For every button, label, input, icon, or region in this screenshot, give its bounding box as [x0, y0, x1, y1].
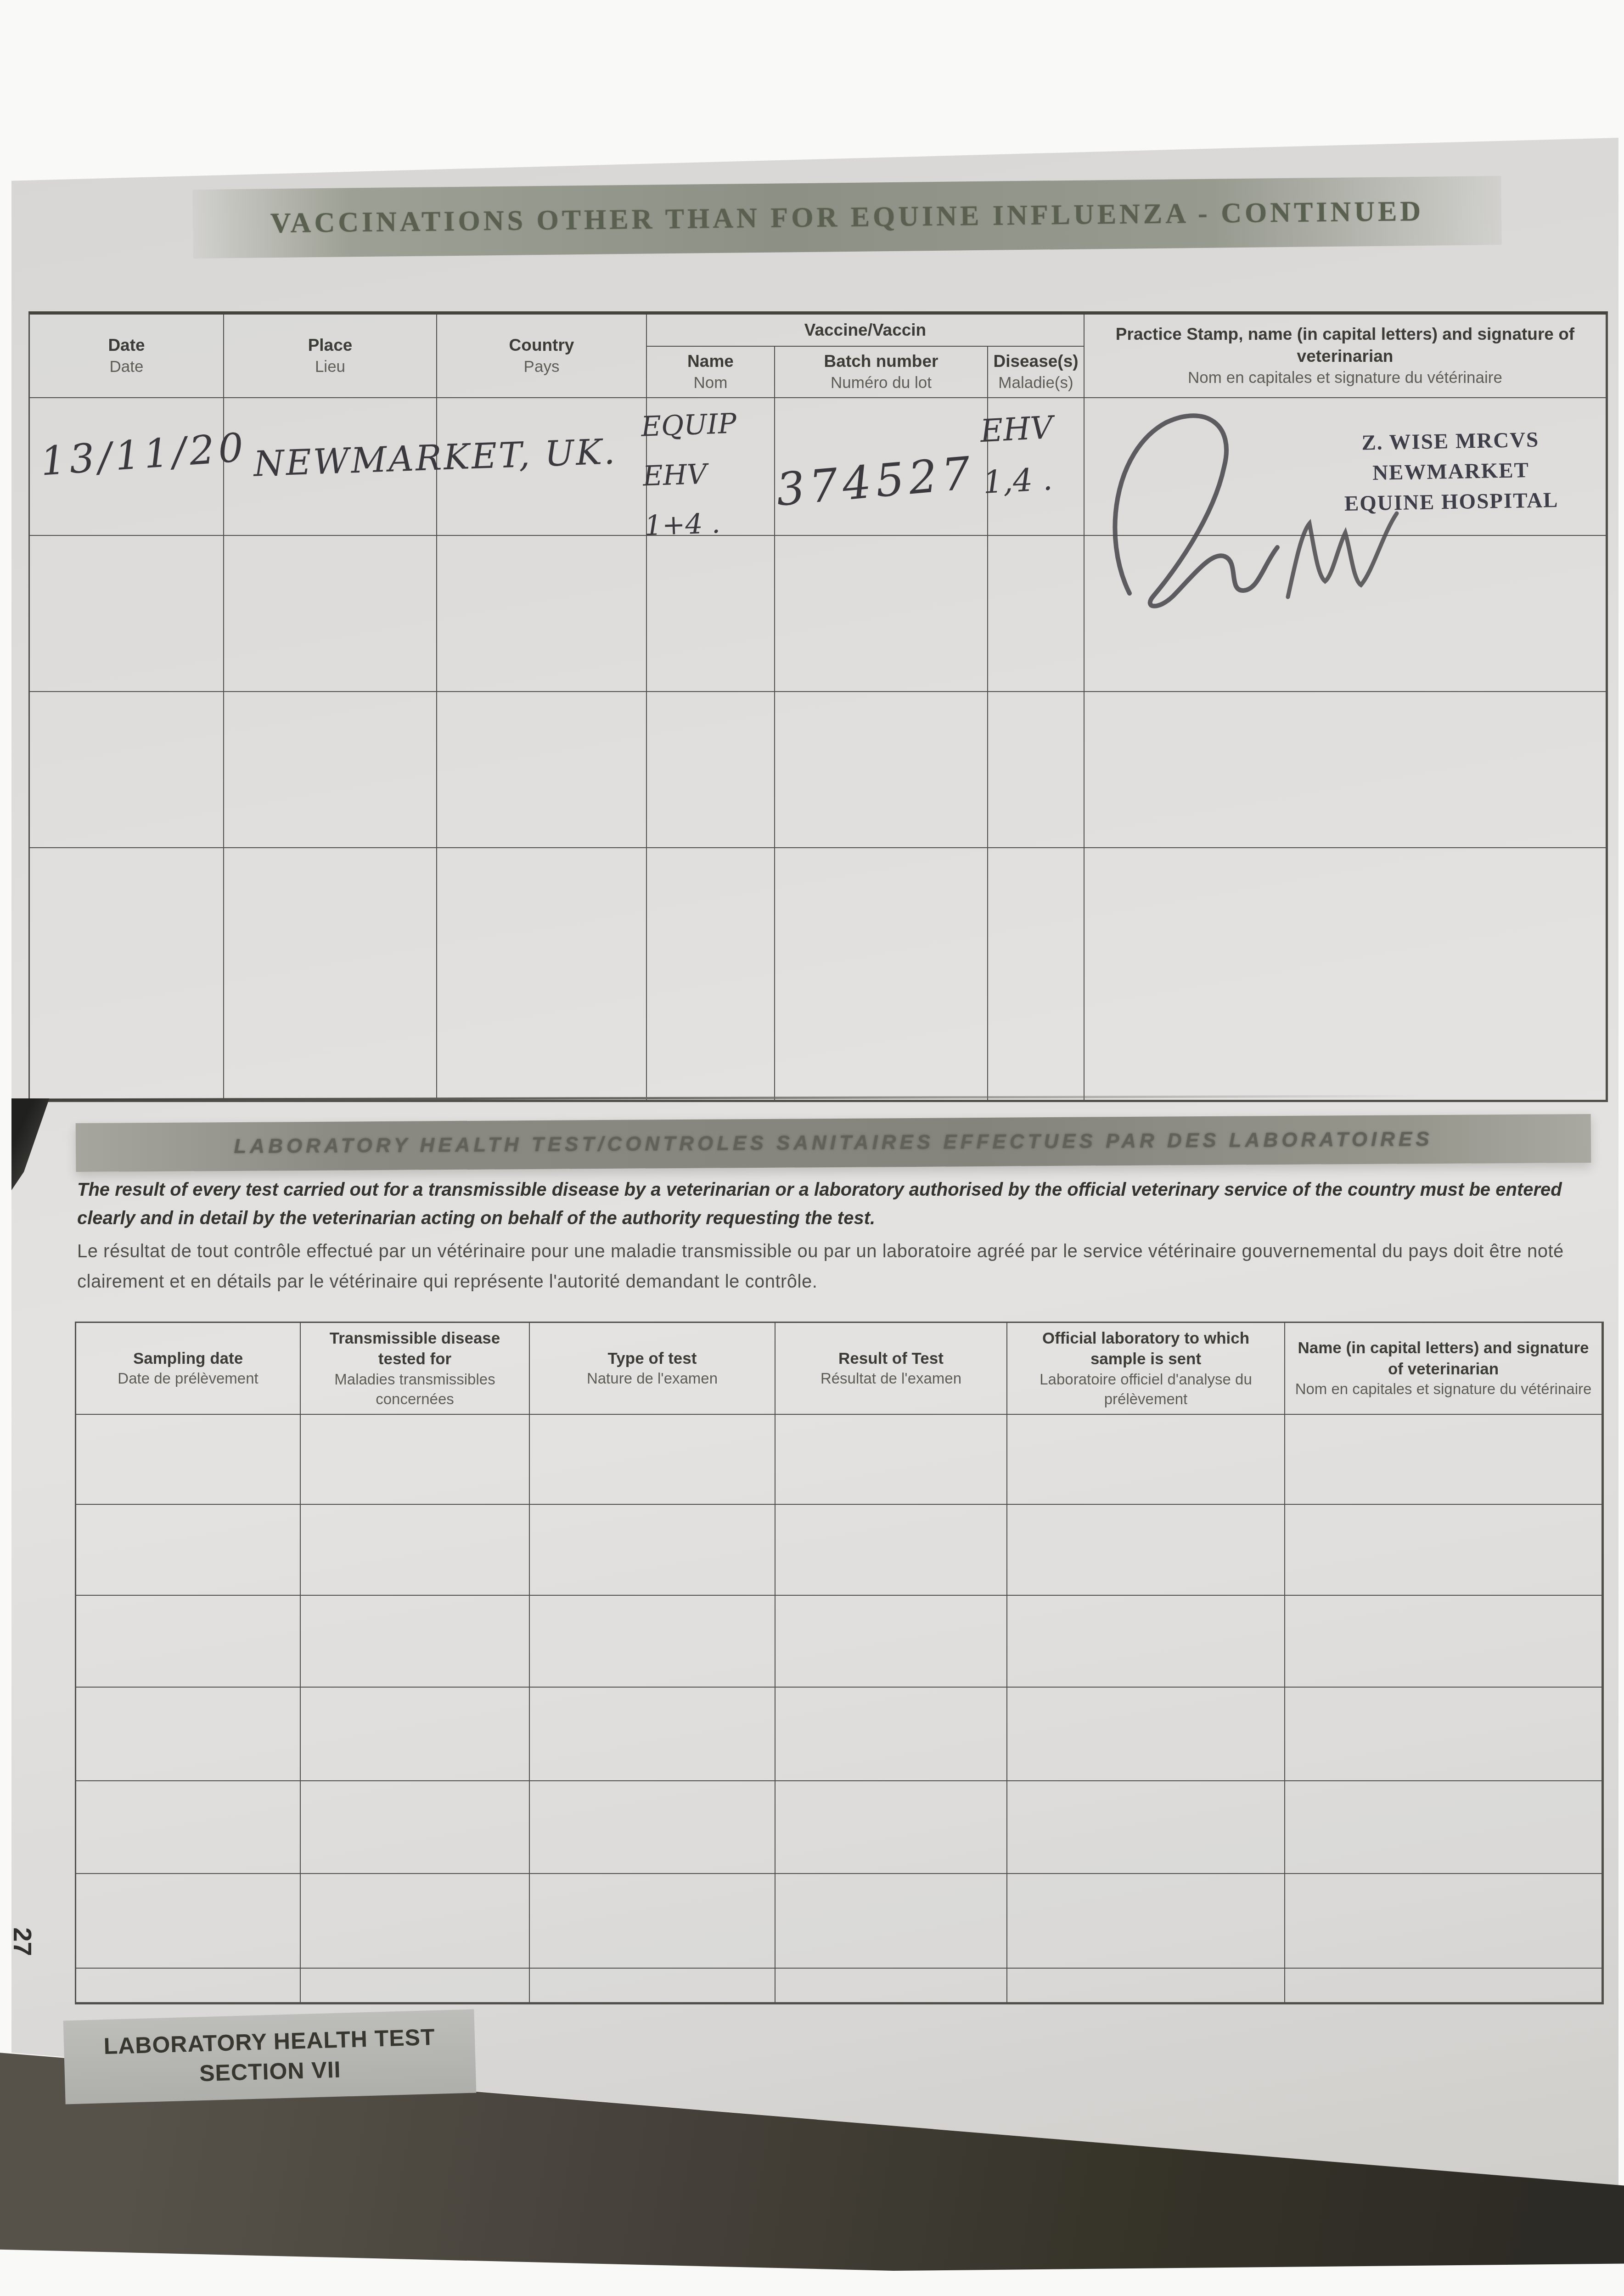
empty-table-cell [775, 1874, 1007, 1969]
page-number-text: 27 [8, 1927, 38, 1956]
header-official-lab-fr: Laboratoire officiel d'analyse du prélèv… [1014, 1370, 1278, 1409]
empty-table-cell [530, 1781, 775, 1874]
header-vet-signature-en: Name (in capital letters) and signature … [1292, 1338, 1595, 1379]
header-sampling-date-fr: Date de prélèvement [118, 1369, 258, 1389]
lab-section-banner: LABORATORY HEALTH TEST/CONTROLES SANITAI… [76, 1114, 1591, 1172]
stamp-line2: NEWMARKET [1308, 454, 1593, 490]
col-header-country: Country Pays [437, 315, 647, 398]
empty-table-cell [775, 1781, 1007, 1874]
entry-vaccine-name-handwriting: EQUIP EHV 1+4 . [640, 399, 741, 551]
header-type-of-test-en: Type of test [608, 1348, 697, 1369]
col-header-result: Result of Test Résultat de l'examen [775, 1323, 1007, 1415]
header-official-lab-en: Official laboratory to which sample is s… [1014, 1328, 1278, 1370]
lab-test-table: Sampling date Date de prélèvement Transm… [75, 1322, 1604, 2004]
empty-table-cell [437, 692, 647, 848]
empty-table-cell [1285, 1596, 1602, 1688]
scanned-passport-page: VACCINATIONS OTHER THAN FOR EQUINE INFLU… [0, 0, 1624, 2296]
lab-note-french: Le résultat de tout contrôle effectué pa… [77, 1236, 1602, 1297]
empty-table-cell [988, 692, 1085, 848]
col-header-vet-signature: Name (in capital letters) and signature … [1285, 1323, 1602, 1415]
empty-table-cell [301, 1415, 530, 1505]
empty-table-cell [1285, 1688, 1602, 1781]
lab-note-english: The result of every test carried out for… [77, 1176, 1602, 1232]
empty-table-cell [30, 692, 224, 848]
empty-table-cell [775, 1969, 1007, 2003]
section-vii-label-box: LABORATORY HEALTH TEST SECTION VII [63, 2009, 477, 2105]
vaccine-name-line3: 1+4 . [644, 498, 741, 551]
empty-table-cell [301, 1688, 530, 1781]
col-header-type-of-test: Type of test Nature de l'examen [530, 1323, 775, 1415]
col-header-transmissible-disease: Transmissible disease tested for Maladie… [301, 1323, 530, 1415]
header-country-fr: Pays [524, 356, 560, 377]
empty-table-cell [647, 848, 775, 1101]
entry-disease-handwriting: EHV 1,4 . [979, 402, 1057, 509]
empty-table-cell [1285, 1781, 1602, 1874]
empty-table-cell [224, 848, 437, 1101]
header-stamp-en: Practice Stamp, name (in capital letters… [1091, 323, 1599, 367]
empty-table-cell [775, 692, 988, 848]
empty-table-cell [1085, 692, 1607, 848]
header-name-en: Name [687, 350, 734, 372]
empty-table-cell [530, 1688, 775, 1781]
header-disease-fr: Maladie(s) [998, 372, 1073, 394]
empty-table-cell [1007, 1781, 1285, 1874]
section-label-line1: LABORATORY HEALTH TEST [103, 2022, 436, 2061]
header-batch-en: Batch number [824, 350, 938, 372]
header-transmissible-fr: Maladies transmissibles concernées [307, 1370, 523, 1409]
header-result-en: Result of Test [838, 1348, 944, 1369]
empty-table-cell [301, 1969, 530, 2003]
col-header-date: Date Date [30, 315, 224, 398]
col-header-disease: Disease(s) Maladie(s) [988, 347, 1085, 398]
empty-table-cell [76, 1596, 301, 1688]
empty-table-cell [1007, 1688, 1285, 1781]
col-header-sampling-date: Sampling date Date de prélèvement [76, 1323, 301, 1415]
header-sampling-date-en: Sampling date [133, 1348, 243, 1369]
empty-table-cell [301, 1874, 530, 1969]
empty-table-cell [1285, 1969, 1602, 2003]
empty-table-cell [30, 848, 224, 1101]
header-batch-fr: Numéro du lot [831, 372, 932, 394]
empty-table-cell [1007, 1596, 1285, 1688]
col-header-stamp: Practice Stamp, name (in capital letters… [1085, 315, 1607, 398]
page-title-banner: VACCINATIONS OTHER THAN FOR EQUINE INFLU… [192, 176, 1501, 259]
stamp-line3: EQUINE HOSPITAL [1309, 484, 1594, 520]
col-header-name: Name Nom [647, 347, 775, 398]
header-date-fr: Date [110, 356, 144, 377]
empty-table-cell [530, 1505, 775, 1596]
empty-table-cell [30, 536, 224, 692]
empty-table-cell [530, 1874, 775, 1969]
disease-line1: EHV [979, 402, 1054, 457]
header-vaccine-group: Vaccine/Vaccin [804, 319, 926, 341]
empty-table-cell [988, 536, 1085, 692]
empty-table-cell [647, 536, 775, 692]
header-country-en: Country [509, 334, 574, 356]
empty-table-cell [437, 536, 647, 692]
col-header-place: Place Lieu [224, 315, 437, 398]
empty-table-cell [1285, 1415, 1602, 1505]
empty-table-cell [1007, 1505, 1285, 1596]
header-name-fr: Nom [694, 372, 728, 394]
col-header-batch: Batch number Numéro du lot [775, 347, 988, 398]
empty-table-cell [647, 692, 775, 848]
header-vet-signature-fr: Nom en capitales et signature du vétérin… [1295, 1379, 1592, 1399]
vaccine-name-line2: EHV [642, 448, 739, 501]
page-number: 27 [8, 1927, 40, 1982]
empty-table-cell [775, 536, 988, 692]
empty-table-cell [775, 1688, 1007, 1781]
empty-table-cell [224, 536, 437, 692]
lab-section-banner-text: LABORATORY HEALTH TEST/CONTROLES SANITAI… [234, 1128, 1433, 1158]
empty-table-cell [301, 1596, 530, 1688]
empty-table-cell [76, 1505, 301, 1596]
header-result-fr: Résultat de l'examen [820, 1369, 961, 1389]
empty-table-cell [76, 1969, 301, 2003]
header-stamp-fr: Nom en capitales et signature du vétérin… [1188, 367, 1502, 388]
header-disease-en: Disease(s) [993, 350, 1078, 372]
empty-table-cell [775, 848, 988, 1101]
vaccine-name-line1: EQUIP [640, 399, 737, 451]
empty-table-cell [1085, 848, 1607, 1101]
empty-table-cell [530, 1969, 775, 2003]
header-date-en: Date [108, 334, 145, 356]
empty-table-cell [76, 1688, 301, 1781]
header-place-en: Place [308, 334, 353, 356]
empty-table-cell [775, 1505, 1007, 1596]
empty-table-cell [301, 1781, 530, 1874]
empty-table-cell [775, 1415, 1007, 1505]
stamp-line1: Z. WISE MRCVS [1308, 424, 1593, 459]
disease-line2: 1,4 . [982, 454, 1057, 509]
empty-table-cell [775, 1596, 1007, 1688]
header-type-of-test-fr: Nature de l'examen [587, 1369, 718, 1389]
empty-table-cell [76, 1874, 301, 1969]
header-transmissible-en: Transmissible disease tested for [307, 1328, 523, 1370]
page-title: VACCINATIONS OTHER THAN FOR EQUINE INFLU… [270, 195, 1424, 239]
empty-table-cell [301, 1505, 530, 1596]
empty-table-cell [530, 1415, 775, 1505]
empty-table-cell [1285, 1505, 1602, 1596]
empty-table-cell [437, 848, 647, 1101]
section-label-line2: SECTION VII [199, 2055, 341, 2089]
empty-table-cell [1007, 1874, 1285, 1969]
empty-table-cell [224, 692, 437, 848]
col-header-official-lab: Official laboratory to which sample is s… [1007, 1323, 1285, 1415]
header-place-fr: Lieu [315, 356, 345, 377]
empty-table-cell [988, 848, 1085, 1101]
empty-table-cell [76, 1781, 301, 1874]
col-header-vaccine-group: Vaccine/Vaccin [647, 315, 1085, 347]
empty-table-cell [1007, 1969, 1285, 2003]
empty-table-cell [530, 1596, 775, 1688]
empty-table-cell [76, 1415, 301, 1505]
empty-table-cell [1007, 1415, 1285, 1505]
empty-table-cell [1285, 1874, 1602, 1969]
practice-stamp: Z. WISE MRCVS NEWMARKET EQUINE HOSPITAL [1308, 424, 1594, 520]
